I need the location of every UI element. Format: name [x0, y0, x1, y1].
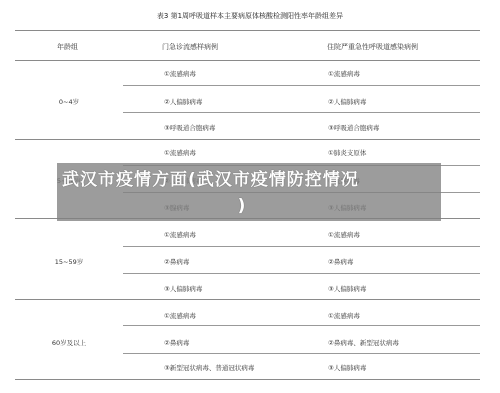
- headline-text: 武汉市疫情方面(武汉市疫情防控情况 ): [62, 167, 422, 219]
- row-divider: [123, 85, 480, 86]
- header-inpatient: 住院严重急性呼吸道感染病例: [327, 42, 418, 52]
- outpatient-cell: ③新型冠状病毒、普通冠状病毒: [164, 363, 254, 372]
- row-divider: [123, 273, 480, 274]
- group-rule: [15, 299, 480, 300]
- inpatient-cell: ①流感病毒: [328, 230, 360, 239]
- headline-line-1: 武汉市疫情方面(武汉市疫情防控情况: [62, 170, 359, 190]
- row-divider: [123, 246, 480, 247]
- header-bottom-rule: [15, 60, 480, 61]
- headline-line-2: ): [62, 193, 422, 219]
- outpatient-cell: ③人偏肺病毒: [164, 284, 202, 293]
- table-top-rule: [15, 30, 480, 31]
- inpatient-cell: ③呼吸道合胞病毒: [328, 123, 379, 132]
- inpatient-cell: ②鼻病毒: [328, 257, 353, 266]
- inpatient-cell: ①流感病毒: [328, 311, 360, 320]
- inpatient-cell: ①肺炎支原体: [328, 148, 366, 157]
- outpatient-cell: ②鼻病毒: [164, 257, 189, 266]
- group-rule: [15, 139, 480, 140]
- outpatient-cell: ②人偏肺病毒: [164, 97, 202, 106]
- outpatient-cell: ①流感病毒: [164, 69, 196, 78]
- header-age-group: 年龄组: [57, 42, 78, 52]
- outpatient-cell: ①流感病毒: [164, 230, 196, 239]
- header-outpatient: 门急诊流感样病例: [162, 42, 218, 52]
- age-group-cell: 15~59岁: [15, 257, 123, 266]
- table-title: 表3 第1周呼吸道样本主要病原体核酸检测阳性率年龄组差异: [0, 11, 500, 21]
- age-group-cell: 60岁及以上: [15, 338, 123, 347]
- outpatient-cell: ③呼吸道合胞病毒: [164, 123, 215, 132]
- inpatient-cell: ③人偏肺病毒: [328, 284, 366, 293]
- table-bottom-rule: [15, 379, 480, 380]
- outpatient-cell: ②鼻病毒: [164, 338, 189, 347]
- row-divider: [123, 325, 480, 326]
- row-divider: [123, 112, 480, 113]
- row-divider: [123, 353, 480, 354]
- inpatient-cell: ②鼻病毒、新型冠状病毒: [328, 338, 399, 347]
- outpatient-cell: ①流感病毒: [164, 311, 196, 320]
- inpatient-cell: ②人偏肺病毒: [328, 97, 366, 106]
- age-group-cell: 0~4岁: [15, 97, 123, 106]
- outpatient-cell: ①流感病毒: [164, 148, 196, 157]
- inpatient-cell: ①流感病毒: [328, 69, 360, 78]
- inpatient-cell: ③人偏肺病毒: [328, 363, 366, 372]
